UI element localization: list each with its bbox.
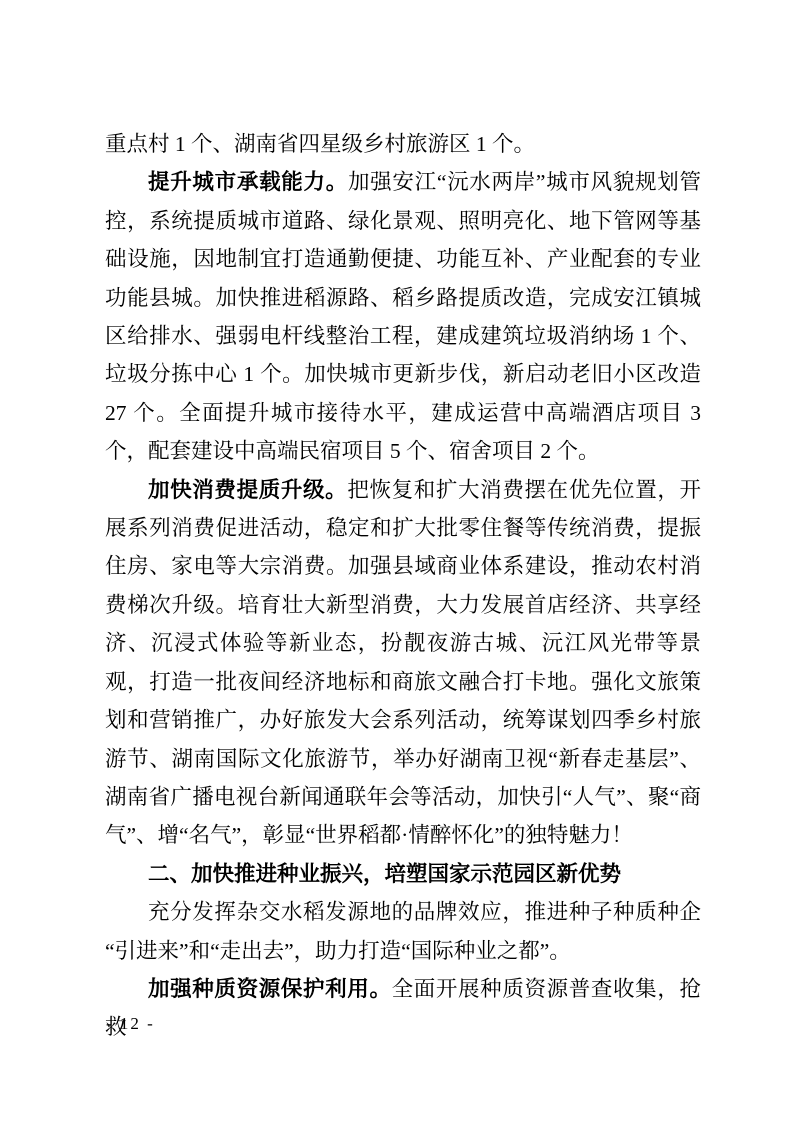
paragraph-lead: 提升城市承载能力。 — [148, 170, 348, 194]
paragraph-text: 二、加快推进种业振兴，培塑国家示范园区新优势 — [148, 862, 621, 886]
page-footer: - 12 - — [106, 1012, 155, 1036]
paragraph-text: 充分发挥杂交水稻发源地的品牌效应，推进种子种质种企“引进来”和“走出去”，助力打… — [105, 900, 701, 962]
paragraph: 加快消费提质升级。把恢复和扩大消费摆在优先位置，开展系列消费促进活动，稳定和扩大… — [105, 471, 701, 855]
paragraph-lead: 加快消费提质升级。 — [148, 478, 347, 502]
paragraph-text: 重点村 1 个、湖南省四星级乡村旅游区 1 个。 — [105, 132, 535, 156]
paragraph: 加强种质资源保护利用。全面开展种质资源普查收集，抢救 — [105, 970, 701, 1047]
document-body: 重点村 1 个、湖南省四星级乡村旅游区 1 个。 提升城市承载能力。加强安江“沅… — [105, 125, 701, 1047]
page-number: - 12 - — [106, 1014, 155, 1033]
document-page: 重点村 1 个、湖南省四星级乡村旅游区 1 个。 提升城市承载能力。加强安江“沅… — [0, 0, 793, 1122]
paragraph-text: 加强安江“沅水两岸”城市风貌规划管控，系统提质城市道路、绿化景观、照明亮化、地下… — [105, 170, 701, 463]
paragraph-lead: 加强种质资源保护利用。 — [148, 977, 392, 1001]
paragraph: 二、加快推进种业振兴，培塑国家示范园区新优势 — [105, 855, 701, 893]
paragraph: 充分发挥杂交水稻发源地的品牌效应，推进种子种质种企“引进来”和“走出去”，助力打… — [105, 893, 701, 970]
paragraph: 提升城市承载能力。加强安江“沅水两岸”城市风貌规划管控，系统提质城市道路、绿化景… — [105, 163, 701, 470]
paragraph: 重点村 1 个、湖南省四星级乡村旅游区 1 个。 — [105, 125, 701, 163]
paragraph-text: 把恢复和扩大消费摆在优先位置，开展系列消费促进活动，稳定和扩大批零住餐等传统消费… — [105, 478, 701, 848]
